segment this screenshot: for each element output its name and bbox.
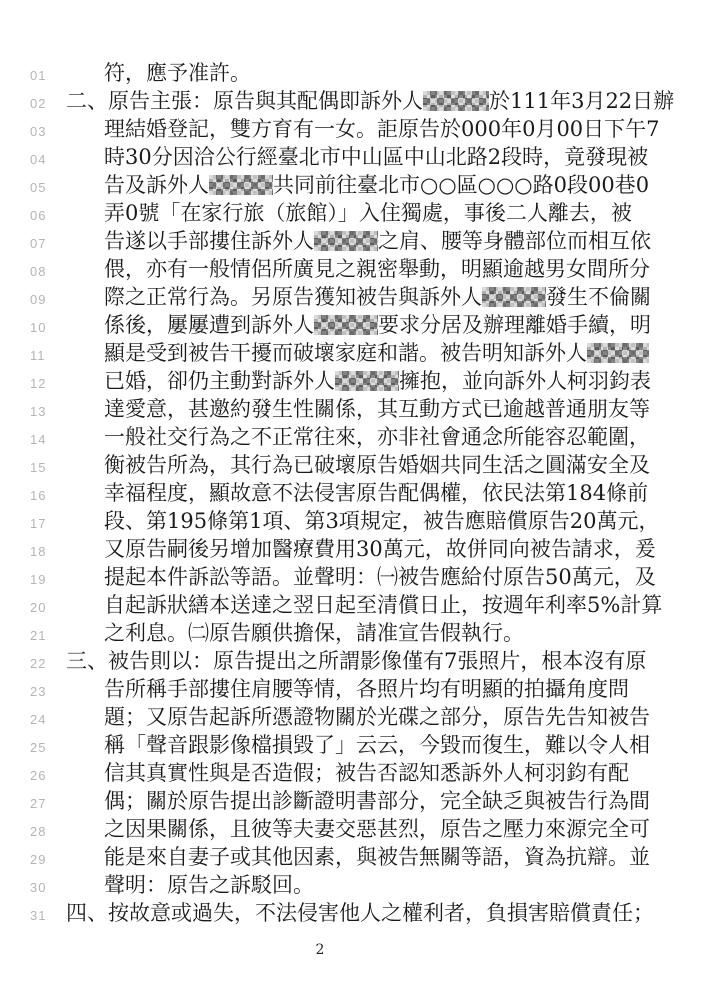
document-line: 29能是來自妻子或其他因素，與被告無關等語，資為抗辯。並 <box>0 843 706 871</box>
line-text: 聲明：原告之訴駁回。 <box>104 873 314 897</box>
document-line: 09際之正常行為。另原告獲知被告與訴外人發生不倫關 <box>0 283 706 311</box>
text-segment: 自起訴狀繕本送達之翌日起至清償日止，按週年利率5%計算 <box>104 593 662 617</box>
text-segment: 偶；關於原告提出診斷證明書部分，完全缺乏與被告行為間 <box>104 789 650 813</box>
document-line: 19提起本件訴訟等語。並聲明：㈠被告應給付原告50萬元，及 <box>0 563 706 591</box>
document-line: 13達愛意，甚邀約發生性關係，其互動方式已逾越普通朋友等 <box>0 395 706 423</box>
line-text: 自起訴狀繕本送達之翌日起至清償日止，按週年利率5%計算 <box>104 593 662 617</box>
document-line: 30聲明：原告之訴駁回。 <box>0 871 706 899</box>
text-segment: 之肩、腰等身體部位而相互依 <box>378 229 651 253</box>
document-line: 14一般社交行為之不正常往來，亦非社會通念所能容忍範圍， <box>0 423 706 451</box>
line-text: 理結婚登記，雙方育有一女。詎原告於000年0月00日下午7 <box>104 117 660 141</box>
text-segment: 幸福程度，顯故意不法侵害原告配偶權，依民法第184條前 <box>104 481 648 505</box>
line-number: 04 <box>30 146 56 174</box>
line-text: 題；又原告起訴所憑證物關於光碟之部分，原告先告知被告 <box>104 705 650 729</box>
text-segment: 達愛意，甚邀約發生性關係，其互動方式已逾越普通朋友等 <box>104 397 650 421</box>
line-text: 一般社交行為之不正常往來，亦非社會通念所能容忍範圍， <box>104 425 650 449</box>
document-line: 22三、被告則以：原告提出之所謂影像僅有7張照片，根本沒有原 <box>0 647 706 675</box>
document-line: 26信其真實性與是否造假；被告否認知悉訴外人柯羽鈞有配 <box>0 759 706 787</box>
line-text: 信其真實性與是否造假；被告否認知悉訴外人柯羽鈞有配 <box>104 761 629 785</box>
document-line: 12已婚，卻仍主動對訴外人擁抱，並向訴外人柯羽鈞表 <box>0 367 706 395</box>
text-segment: 共同前往臺北市○○區○○○路0段00巷0 <box>273 173 649 197</box>
line-number: 05 <box>30 174 56 202</box>
redacted-name <box>482 287 546 307</box>
line-text: 三、被告則以：原告提出之所謂影像僅有7張照片，根本沒有原 <box>66 649 646 673</box>
line-number: 23 <box>30 678 56 706</box>
line-number: 30 <box>30 874 56 902</box>
text-segment: 三、被告則以：原告提出之所謂影像僅有7張照片，根本沒有原 <box>66 649 646 673</box>
text-segment: 題；又原告起訴所憑證物關於光碟之部分，原告先告知被告 <box>104 705 650 729</box>
text-segment: 係後，屢屢遭到訴外人 <box>104 313 314 337</box>
document-line: 02二、原告主張：原告與其配偶即訴外人於111年3月22日辦 <box>0 87 706 115</box>
line-number: 03 <box>30 118 56 146</box>
text-segment: 能是來自妻子或其他因素，與被告無關等語，資為抗辯。並 <box>104 845 650 869</box>
line-number: 27 <box>30 790 56 818</box>
line-text: 段、第195條第1項、第3項規定，被告應賠償原告20萬元， <box>104 509 660 533</box>
document-line: 20自起訴狀繕本送達之翌日起至清償日止，按週年利率5%計算 <box>0 591 706 619</box>
text-segment: 時30分因洽公行經臺北市中山區中山北路2段時，竟發現被 <box>104 145 648 169</box>
line-text: 之利息。㈡原告願供擔保，請准宣告假執行。 <box>104 621 524 645</box>
text-segment: 聲明：原告之訴駁回。 <box>104 873 314 897</box>
line-text: 顯是受到被告干擾而破壞家庭和諧。被告明知訴外人 <box>104 341 649 365</box>
text-segment: 理結婚登記，雙方育有一女。詎原告於000年0月00日下午7 <box>104 117 660 141</box>
line-number: 07 <box>30 230 56 258</box>
document-line: 17段、第195條第1項、第3項規定，被告應賠償原告20萬元， <box>0 507 706 535</box>
document-line: 28之因果關係，且彼等夫妻交惡甚烈，原告之壓力來源完全可 <box>0 815 706 843</box>
line-number: 12 <box>30 370 56 398</box>
text-segment: 之利息。㈡原告願供擔保，請准宣告假執行。 <box>104 621 524 645</box>
text-segment: 告遂以手部摟住訴外人 <box>104 229 314 253</box>
line-text: 達愛意，甚邀約發生性關係，其互動方式已逾越普通朋友等 <box>104 397 650 421</box>
redacted-name <box>335 371 399 391</box>
document-line: 07告遂以手部摟住訴外人之肩、腰等身體部位而相互依 <box>0 227 706 255</box>
line-text: 幸福程度，顯故意不法侵害原告配偶權，依民法第184條前 <box>104 481 648 505</box>
line-text: 能是來自妻子或其他因素，與被告無關等語，資為抗辯。並 <box>104 845 650 869</box>
line-number: 15 <box>30 454 56 482</box>
line-number: 29 <box>30 846 56 874</box>
line-number: 31 <box>30 902 56 930</box>
text-segment: 又原告嗣後另增加醫療費用30萬元，故併同向被告請求，爰 <box>104 537 656 561</box>
line-number: 18 <box>30 538 56 566</box>
text-segment: 際之正常行為。另原告獲知被告與訴外人 <box>104 285 482 309</box>
line-number: 28 <box>30 818 56 846</box>
document-line: 24題；又原告起訴所憑證物關於光碟之部分，原告先告知被告 <box>0 703 706 731</box>
line-number: 06 <box>30 202 56 230</box>
text-segment: 於111年3月22日辦 <box>489 89 674 113</box>
line-number: 20 <box>30 594 56 622</box>
line-text: 偶；關於原告提出診斷證明書部分，完全缺乏與被告行為間 <box>104 789 650 813</box>
document-line: 23告所稱手部摟住肩腰等情，各照片均有明顯的拍攝角度問 <box>0 675 706 703</box>
court-judgment-page: 01符，應予准許。02二、原告主張：原告與其配偶即訴外人於111年3月22日辦0… <box>0 0 706 1000</box>
document-body: 01符，應予准許。02二、原告主張：原告與其配偶即訴外人於111年3月22日辦0… <box>0 59 706 927</box>
text-segment: 之因果關係，且彼等夫妻交惡甚烈，原告之壓力來源完全可 <box>104 817 650 841</box>
line-text: 又原告嗣後另增加醫療費用30萬元，故併同向被告請求，爰 <box>104 537 656 561</box>
line-text: 弄0號「在家行旅（旅館）」入住獨處，事後二人離去，被 <box>104 201 632 225</box>
redacted-name <box>587 343 649 363</box>
document-line: 04時30分因洽公行經臺北市中山區中山北路2段時，竟發現被 <box>0 143 706 171</box>
text-segment: 發生不倫關 <box>546 285 651 309</box>
text-segment: 二、原告主張：原告與其配偶即訴外人 <box>66 89 423 113</box>
document-line: 25稱「聲音跟影像檔損毀了」云云，今毀而復生，難以令人相 <box>0 731 706 759</box>
line-number: 02 <box>30 90 56 118</box>
line-number: 21 <box>30 622 56 650</box>
line-text: 告遂以手部摟住訴外人之肩、腰等身體部位而相互依 <box>104 229 651 253</box>
line-number: 09 <box>30 286 56 314</box>
line-number: 25 <box>30 734 56 762</box>
document-line: 06弄0號「在家行旅（旅館）」入住獨處，事後二人離去，被 <box>0 199 706 227</box>
document-line: 31四、按故意或過失，不法侵害他人之權利者，負損害賠償責任； <box>0 899 706 927</box>
text-segment: 已婚，卻仍主動對訴外人 <box>104 369 335 393</box>
text-segment: 告所稱手部摟住肩腰等情，各照片均有明顯的拍攝角度問 <box>104 677 629 701</box>
text-segment: 要求分居及辦理離婚手續，明 <box>378 313 651 337</box>
line-text: 告所稱手部摟住肩腰等情，各照片均有明顯的拍攝角度問 <box>104 677 629 701</box>
line-text: 時30分因洽公行經臺北市中山區中山北路2段時，竟發現被 <box>104 145 648 169</box>
text-segment: 一般社交行為之不正常往來，亦非社會通念所能容忍範圍， <box>104 425 650 449</box>
text-segment: 稱「聲音跟影像檔損毀了」云云，今毀而復生，難以令人相 <box>104 733 650 757</box>
line-number: 19 <box>30 566 56 594</box>
line-text: 符，應予准許。 <box>104 61 251 85</box>
text-segment: 符，應予准許。 <box>104 61 251 85</box>
document-line: 18又原告嗣後另增加醫療費用30萬元，故併同向被告請求，爰 <box>0 535 706 563</box>
redacted-name <box>423 91 489 111</box>
line-text: 稱「聲音跟影像檔損毀了」云云，今毀而復生，難以令人相 <box>104 733 650 757</box>
text-segment: 偎，亦有一般情侶所廣見之親密舉動，明顯逾越男女間所分 <box>104 257 650 281</box>
line-text: 提起本件訴訟等語。並聲明：㈠被告應給付原告50萬元，及 <box>104 565 656 589</box>
document-line: 16幸福程度，顯故意不法侵害原告配偶權，依民法第184條前 <box>0 479 706 507</box>
line-number: 16 <box>30 482 56 510</box>
redacted-name <box>314 315 378 335</box>
line-text: 二、原告主張：原告與其配偶即訴外人於111年3月22日辦 <box>66 89 674 113</box>
document-line: 21之利息。㈡原告願供擔保，請准宣告假執行。 <box>0 619 706 647</box>
text-segment: 四、按故意或過失，不法侵害他人之權利者，負損害賠償責任； <box>66 901 654 925</box>
line-text: 際之正常行為。另原告獲知被告與訴外人發生不倫關 <box>104 285 651 309</box>
text-segment: 顯是受到被告干擾而破壞家庭和諧。被告明知訴外人 <box>104 341 587 365</box>
document-line: 27偶；關於原告提出診斷證明書部分，完全缺乏與被告行為間 <box>0 787 706 815</box>
document-line: 05告及訴外人共同前往臺北市○○區○○○路0段00巷0 <box>0 171 706 199</box>
text-segment: 段、第195條第1項、第3項規定，被告應賠償原告20萬元， <box>104 509 660 533</box>
document-line: 11顯是受到被告干擾而破壞家庭和諧。被告明知訴外人 <box>0 339 706 367</box>
line-number: 10 <box>30 314 56 342</box>
redacted-name <box>209 175 273 195</box>
text-segment: 弄0號「在家行旅（旅館）」入住獨處，事後二人離去，被 <box>104 201 632 225</box>
line-number: 24 <box>30 706 56 734</box>
line-number: 14 <box>30 426 56 454</box>
line-text: 之因果關係，且彼等夫妻交惡甚烈，原告之壓力來源完全可 <box>104 817 650 841</box>
line-text: 已婚，卻仍主動對訴外人擁抱，並向訴外人柯羽鈞表 <box>104 369 651 393</box>
line-text: 四、按故意或過失，不法侵害他人之權利者，負損害賠償責任； <box>66 901 654 925</box>
line-number: 17 <box>30 510 56 538</box>
line-number: 22 <box>30 650 56 678</box>
document-line: 03理結婚登記，雙方育有一女。詎原告於000年0月00日下午7 <box>0 115 706 143</box>
line-number: 01 <box>30 62 56 90</box>
document-line: 10係後，屢屢遭到訴外人要求分居及辦理離婚手續，明 <box>0 311 706 339</box>
text-segment: 擁抱，並向訴外人柯羽鈞表 <box>399 369 651 393</box>
page-number: 2 <box>300 940 340 960</box>
line-text: 衡被告所為，其行為已破壞原告婚姻共同生活之圓滿安全及 <box>104 453 650 477</box>
line-number: 13 <box>30 398 56 426</box>
redacted-name <box>314 231 378 251</box>
text-segment: 信其真實性與是否造假；被告否認知悉訴外人柯羽鈞有配 <box>104 761 629 785</box>
line-number: 11 <box>30 342 56 370</box>
text-segment: 提起本件訴訟等語。並聲明：㈠被告應給付原告50萬元，及 <box>104 565 656 589</box>
line-text: 告及訴外人共同前往臺北市○○區○○○路0段00巷0 <box>104 173 649 197</box>
text-segment: 衡被告所為，其行為已破壞原告婚姻共同生活之圓滿安全及 <box>104 453 650 477</box>
text-segment: 告及訴外人 <box>104 173 209 197</box>
line-text: 係後，屢屢遭到訴外人要求分居及辦理離婚手續，明 <box>104 313 651 337</box>
line-number: 08 <box>30 258 56 286</box>
document-line: 08偎，亦有一般情侶所廣見之親密舉動，明顯逾越男女間所分 <box>0 255 706 283</box>
line-number: 26 <box>30 762 56 790</box>
document-line: 01符，應予准許。 <box>0 59 706 87</box>
line-text: 偎，亦有一般情侶所廣見之親密舉動，明顯逾越男女間所分 <box>104 257 650 281</box>
document-line: 15衡被告所為，其行為已破壞原告婚姻共同生活之圓滿安全及 <box>0 451 706 479</box>
